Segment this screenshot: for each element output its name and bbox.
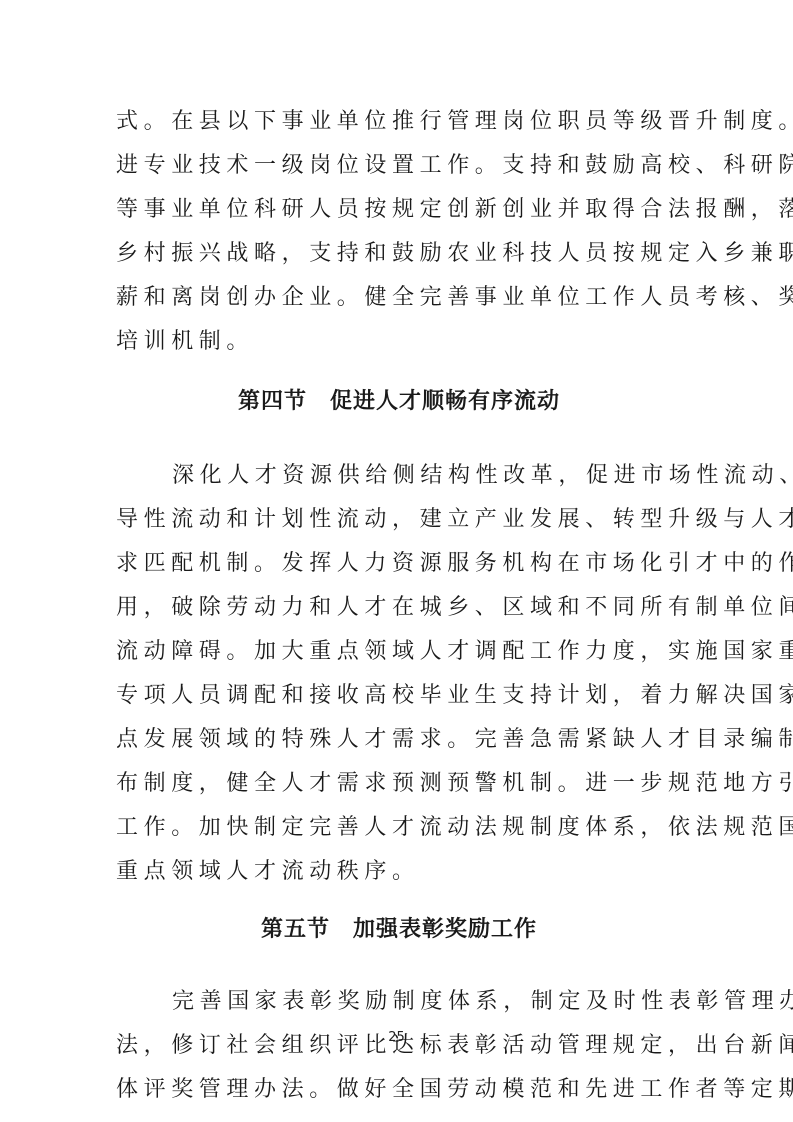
text-line: 薪和离岗创办企业。健全完善事业单位工作人员考核、奖惩、 [116,276,682,320]
text-line: 深化人才资源供给侧结构性改革，促进市场性流动、引 [116,454,682,498]
section-5-paragraph: 完善国家表彰奖励制度体系，制定及时性表彰管理办 法，修订社会组织评比达标表彰活动… [116,980,682,1112]
text-line: 式。在县以下事业单位推行管理岗位职员等级晋升制度。推 [116,100,682,144]
text-line: 等事业单位科研人员按规定创新创业并取得合法报酬，落实 [116,188,682,232]
text-line: 重点领域人才流动秩序。 [116,850,682,894]
text-line: 工作。加快制定完善人才流动法规制度体系，依法规范国家 [116,806,682,850]
text-line: 专项人员调配和接收高校毕业生支持计划，着力解决国家重 [116,674,682,718]
paragraph-continued: 式。在县以下事业单位推行管理岗位职员等级晋升制度。推 进专业技术一级岗位设置工作… [116,100,682,364]
section-4-paragraph: 深化人才资源供给侧结构性改革，促进市场性流动、引 导性流动和计划性流动，建立产业… [116,454,682,894]
text-line: 完善国家表彰奖励制度体系，制定及时性表彰管理办 [116,980,682,1024]
page-number: 25 [0,1030,793,1045]
section-heading-5: 第五节 加强表彰奖励工作 [116,908,682,952]
text-line: 点发展领域的特殊人才需求。完善急需紧缺人才目录编制发 [116,718,682,762]
page-content: 式。在县以下事业单位推行管理岗位职员等级晋升制度。推 进专业技术一级岗位设置工作… [116,100,682,1112]
text-line: 用，破除劳动力和人才在城乡、区域和不同所有制单位间的 [116,586,682,630]
text-line: 培训机制。 [116,320,682,364]
text-line: 导性流动和计划性流动，建立产业发展、转型升级与人才供 [116,498,682,542]
document-page: 式。在县以下事业单位推行管理岗位职员等级晋升制度。推 进专业技术一级岗位设置工作… [0,0,793,1122]
text-line: 进专业技术一级岗位设置工作。支持和鼓励高校、科研院所 [116,144,682,188]
text-line: 体评奖管理办法。做好全国劳动模范和先进工作者等定期开 [116,1068,682,1112]
text-line: 乡村振兴战略，支持和鼓励农业科技人员按规定入乡兼职兼 [116,232,682,276]
text-line: 求匹配机制。发挥人力资源服务机构在市场化引才中的作 [116,542,682,586]
text-line: 流动障碍。加大重点领域人才调配工作力度，实施国家重大 [116,630,682,674]
text-line: 布制度，健全人才需求预测预警机制。进一步规范地方引才 [116,762,682,806]
section-heading-4: 第四节 促进人才顺畅有序流动 [116,380,682,424]
